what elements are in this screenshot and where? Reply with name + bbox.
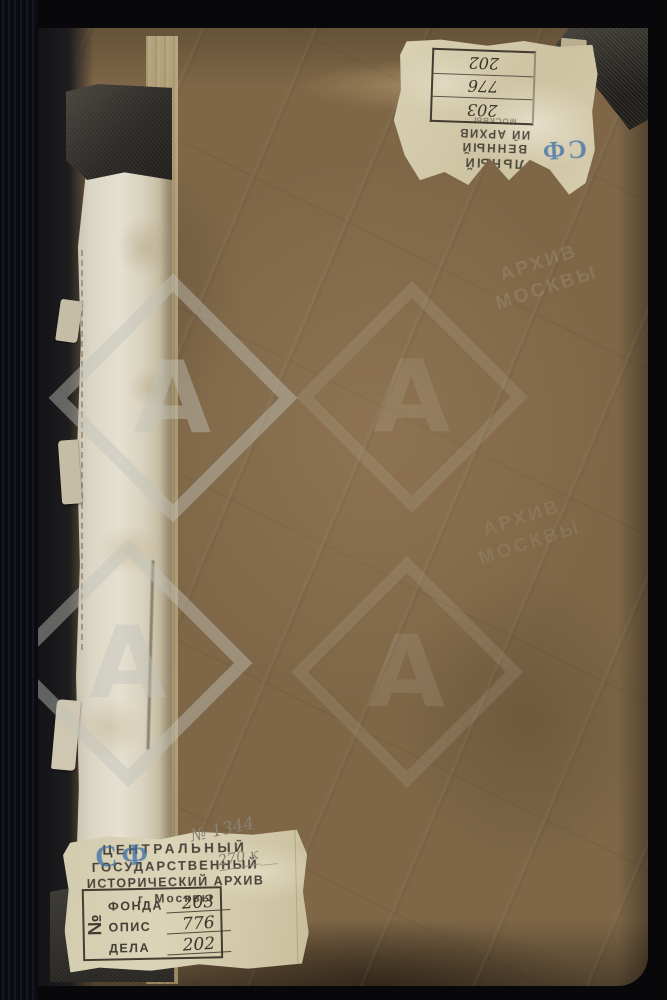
top-label-number-table: 203 776 202: [430, 48, 537, 126]
bottom-archive-label: ЦЕНТРАЛЬНЫЙ ГОСУДАРСТВЕННЫЙ ИСТОРИЧЕСКИЙ…: [63, 829, 310, 972]
fond-number: 203: [432, 97, 533, 123]
fond-row: ФОНДА 203: [108, 891, 220, 913]
opis-row: ОПИС 776: [108, 912, 220, 934]
spine-cloth-top-left: [66, 84, 172, 180]
fond-opis-delo-box: № ФОНДА 203 ОПИС 776 ДЕЛА 202: [82, 886, 223, 961]
blue-sf-stamp: СФ: [94, 836, 153, 875]
field-rows: ФОНДА 203 ОПИС 776 ДЕЛА 202: [108, 888, 221, 958]
number-sign: №: [85, 914, 107, 936]
opis-number: 776: [433, 73, 534, 100]
spine-paper-strip: [76, 158, 172, 898]
blue-sf-stamp: СФ: [539, 133, 588, 165]
opis-label: ОПИС: [108, 919, 166, 934]
opis-value: 776: [166, 915, 231, 935]
fond-label: ФОНДА: [108, 898, 166, 913]
fond-value: 203: [166, 894, 231, 914]
delo-label: ДЕЛА: [109, 941, 167, 956]
number-sign-cell: №: [84, 891, 109, 959]
label-crease: [295, 830, 299, 968]
delo-value: 202: [167, 936, 232, 956]
archive-scan: ЛЬНЫЙ ВЕННЫЙ ИЙ АРХИВ МОСКВЫ 203 776 202…: [0, 0, 667, 1000]
scanner-bed-stripes: [0, 0, 38, 1000]
delo-row: ДЕЛА 202: [109, 934, 221, 956]
delo-number: 202: [433, 50, 534, 77]
